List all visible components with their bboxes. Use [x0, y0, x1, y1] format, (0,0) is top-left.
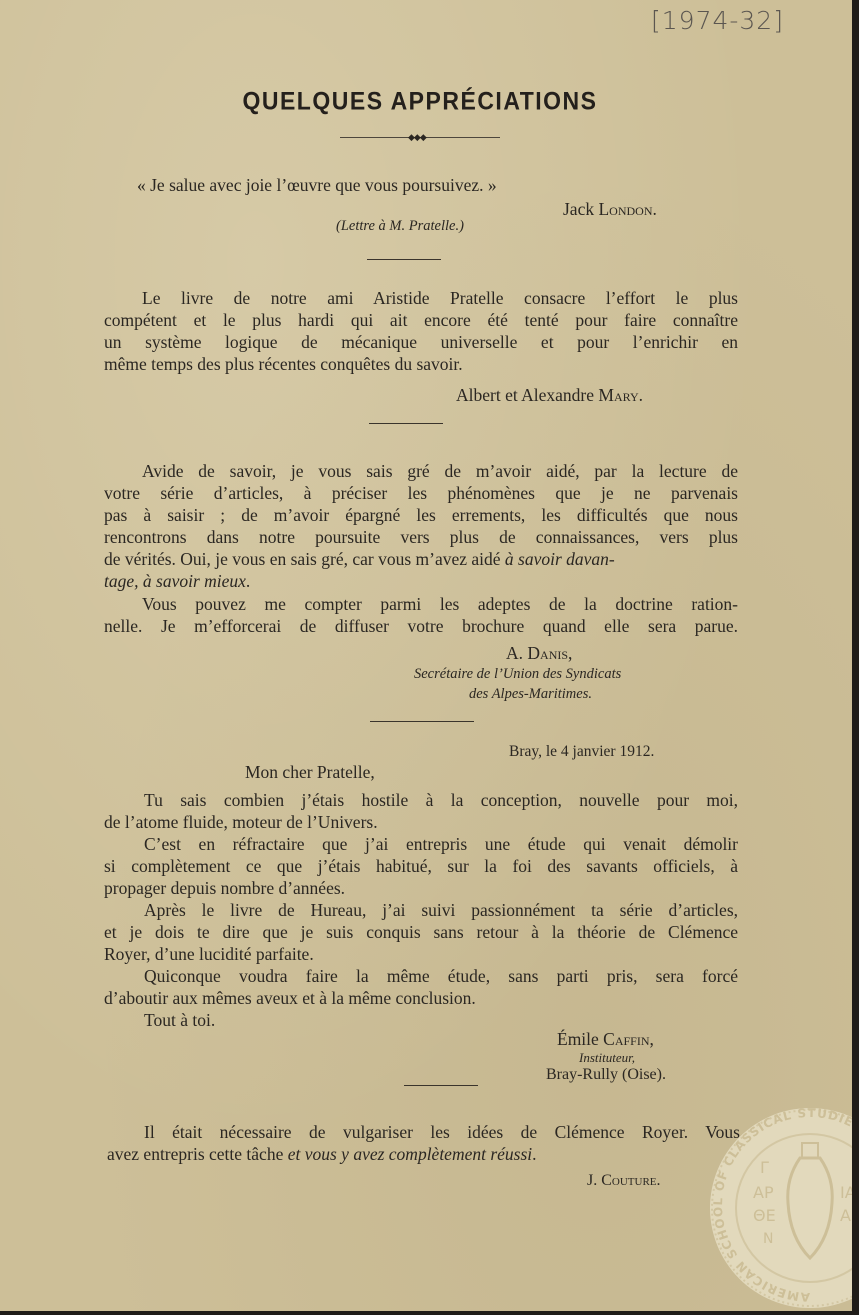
- plain-text: .: [246, 571, 250, 591]
- svg-text:Ν: Ν: [763, 1231, 773, 1247]
- danis-para2-line-1: Vous pouvez me compter parmi les adeptes…: [142, 593, 738, 616]
- section-divider: [404, 1085, 478, 1086]
- title-ornament: ◆◆◆: [340, 131, 500, 143]
- plain-text: de vérités. Oui, je vous en sais gré, ca…: [104, 549, 505, 569]
- danis-title-2: des Alpes-Maritimes.: [469, 683, 592, 706]
- section-divider: [369, 423, 443, 424]
- mary-signature: Albert et Alexandre Mary.: [456, 384, 643, 407]
- author-end: .: [653, 199, 657, 219]
- caffin-line-7: et je dois te dire que je suis conquis s…: [104, 921, 738, 944]
- caffin-line-10: d’aboutir aux mêmes aveux et à la même c…: [104, 987, 476, 1010]
- caffin-line-9: Quiconque voudra faire la même étude, sa…: [144, 965, 738, 988]
- caffin-line-8: Royer, d’une lucidité parfaite.: [104, 943, 314, 966]
- author-last: Caffin: [603, 1029, 649, 1049]
- couture-line-2: avez entrepris cette tâche et vous y ave…: [107, 1143, 537, 1166]
- author-end: .: [639, 385, 643, 405]
- svg-text:ΘΕ: ΘΕ: [753, 1206, 776, 1225]
- danis-line-5: de vérités. Oui, je vous en sais gré, ca…: [104, 548, 738, 571]
- plain-text: avez entrepris cette tâche: [107, 1144, 288, 1164]
- ornament-diamonds-icon: ◆◆◆: [408, 131, 426, 143]
- couture-line-1: Il était nécessaire de vulgariser les id…: [144, 1121, 740, 1144]
- plain-text: .: [532, 1144, 536, 1164]
- italic-text: tage, à savoir mieux: [104, 571, 246, 591]
- section-divider: [370, 721, 474, 722]
- document-page: [1974-32] QUELQUES APPRÉCIATIONS ◆◆◆ « J…: [0, 0, 852, 1311]
- author-first: A.: [506, 643, 527, 663]
- danis-line-4: rencontrons dans notre poursuite vers pl…: [104, 526, 738, 549]
- caffin-salutation: Mon cher Pratelle,: [245, 761, 375, 784]
- danis-line-2: votre série d’articles, à préciser les p…: [104, 482, 738, 505]
- london-signature: Jack London.: [563, 198, 657, 221]
- london-source: (Lettre à M. Pratelle.): [336, 215, 464, 238]
- archive-reference: [1974-32]: [651, 6, 784, 35]
- author-last: London: [598, 199, 652, 219]
- svg-text:Γ: Γ: [760, 1158, 769, 1177]
- caffin-line-5: propager depuis nombre d’années.: [104, 877, 345, 900]
- author-first: J.: [587, 1172, 601, 1189]
- library-seal-icon: AMERICAN SCHOOL OF CLASSICAL STUDIES AT …: [705, 1103, 855, 1315]
- caffin-line-4: si complètement ce que j’étais habitué, …: [104, 855, 738, 878]
- author-last: Couture: [601, 1172, 656, 1189]
- scan-edge-bottom: [0, 1311, 859, 1315]
- london-quote: « Je salue avec joie l’œuvre que vous po…: [137, 174, 497, 197]
- author-last: Danis: [527, 643, 568, 663]
- couture-signature: J. Couture.: [587, 1170, 661, 1193]
- author-first: Jack: [563, 199, 598, 219]
- author-end: ,: [568, 643, 572, 663]
- danis-line-3: pas à saisir ; de m’avoir épargné les er…: [104, 504, 738, 527]
- scan-edge-right: [852, 0, 859, 1315]
- caffin-line-3: C’est en réfractaire que j’ai entrepris …: [144, 833, 738, 856]
- caffin-line-1: Tu sais combien j’étais hostile à la con…: [144, 789, 738, 812]
- italic-text: et vous y avez complètement réussi: [288, 1144, 532, 1164]
- danis-signature: A. Danis,: [506, 642, 572, 665]
- caffin-line-6: Après le livre de Hureau, j’ai suivi pas…: [144, 899, 738, 922]
- mary-line-4: même temps des plus récentes conquêtes d…: [104, 353, 463, 376]
- caffin-line-2: de l’atome fluide, moteur de l’Univers.: [104, 811, 378, 834]
- author-last: Mary: [598, 385, 638, 405]
- danis-line-6: tage, à savoir mieux.: [104, 570, 250, 593]
- author-end: ,: [650, 1029, 654, 1049]
- caffin-line-11: Tout à toi.: [144, 1009, 215, 1032]
- danis-para2-line-2: nelle. Je m’efforcerai de diffuser votre…: [104, 615, 738, 638]
- danis-line-1: Avide de savoir, je vous sais gré de m’a…: [142, 460, 738, 483]
- caffin-dateline: Bray, le 4 janvier 1912.: [509, 741, 654, 764]
- svg-text:ΑΡ: ΑΡ: [753, 1183, 774, 1202]
- author-first: Albert et Alexandre: [456, 385, 598, 405]
- page-title: QUELQUES APPRÉCIATIONS: [0, 87, 840, 116]
- author-end: .: [657, 1172, 661, 1189]
- mary-line-1: Le livre de notre ami Aristide Pratelle …: [142, 287, 738, 310]
- italic-text: à savoir davan-: [505, 549, 615, 569]
- author-first: Émile: [557, 1029, 603, 1049]
- section-divider: [367, 259, 441, 260]
- mary-line-2: compétent et le plus hardi qui ait encor…: [104, 309, 738, 332]
- mary-line-3: un système logique de mécanique universe…: [104, 331, 738, 354]
- caffin-place: Bray-Rully (Oise).: [546, 1064, 666, 1087]
